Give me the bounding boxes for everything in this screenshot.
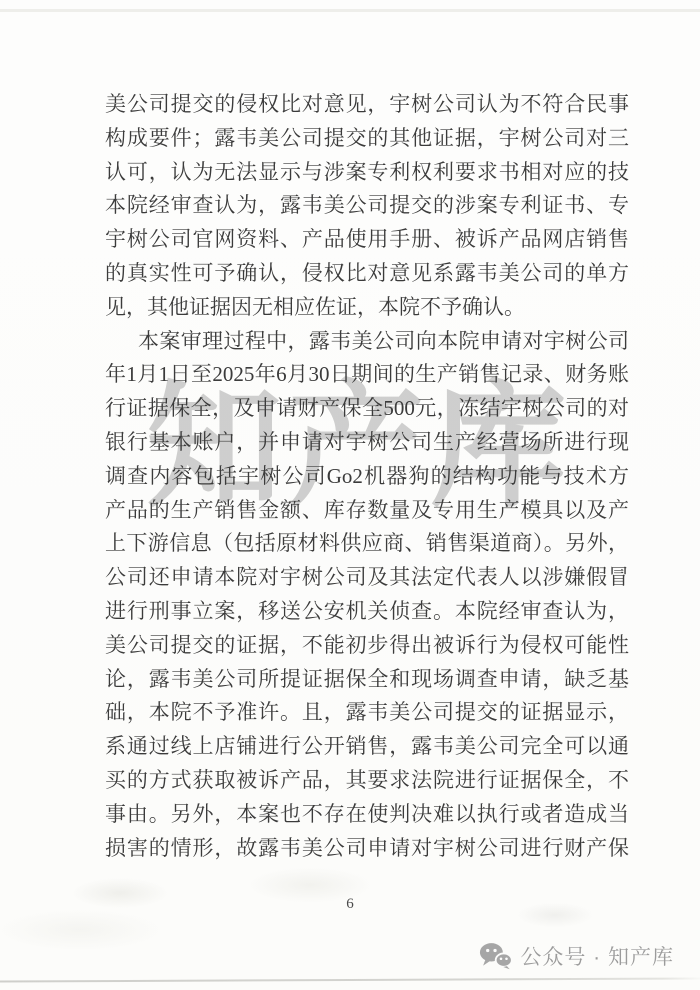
footer-brand: 公众号 · 知产库 [479,941,674,971]
text-line: 年1月1日至2025年6月30日期间的生产销售记录、财务账册等进 [105,358,629,392]
text-line: 事由。另外，本案也不存在使判决难以执行或者造成当事人其他 [105,798,629,832]
page-top-edge [0,9,700,12]
text-line: 础，本院不予准许。且，露韦美公司提交的证据显示，被诉产品 [105,696,629,730]
text-line: 构成要件；露韦美公司提交的其他证据，宇树公司对三性均不予 [105,122,629,156]
text-line: 认可，认为无法显示与涉案专利权利要求书相对应的技术特征。 [105,156,629,190]
text-line: 美公司提交的证据，不能初步得出被诉行为侵权可能性较大的结 [105,629,629,663]
text-line: 损害的情形，故露韦美公司申请对宇树公司进行财产保全，对本 [105,832,629,866]
page-bottom-edge [0,977,700,982]
scanned-court-document-page: 知产库 美公司提交的侵权比对意见，宇树公司认为不符合民事诉讼证据 构成要件；露韦… [0,0,700,990]
text-line: 论，露韦美公司所提证据保全和现场调查申请，缺乏基本事实基 [105,663,629,697]
text-line: 进行刑事立案，移送公安机关侦查。本院经审查认为，根据露韦 [105,595,629,629]
footer-label: 公众号 · 知产库 [520,941,674,971]
text-line: 行证据保全，及申请财产保全500元，冻结宇树公司的对公开户 [105,392,629,426]
text-line: 的真实性可予确认，侵权比对意见系露韦美公司的单方陈述意 [105,257,629,291]
document-body: 美公司提交的侵权比对意见，宇树公司认为不符合民事诉讼证据 构成要件；露韦美公司提… [105,88,629,865]
text-line: 本案审理过程中，露韦美公司向本院申请对宇树公司2022 [105,325,629,359]
text-line: 美公司提交的侵权比对意见，宇树公司认为不符合民事诉讼证据 [105,88,629,122]
text-line: 见，其他证据因无相应佐证，本院不予确认。 [105,291,629,325]
text-line: 产品的生产销售金额、库存数量及专用生产模具以及产品供应链 [105,494,629,528]
text-line: 宇树公司官网资料、产品使用手册、被诉产品网店销售页面截图 [105,223,629,257]
text-line: 本院经审查认为，露韦美公司提交的涉案专利证书、专利缴费、 [105,189,629,223]
text-line: 调查内容包括宇树公司Go2机器狗的结构功能与技术方案，被诉 [105,460,629,494]
text-line: 银行基本账户，并申请对宇树公司生产经营场所进行现场调查， [105,426,629,460]
text-line: 公司还申请本院对宇树公司及其法定代表人以涉嫌假冒专利罪 [105,561,629,595]
wechat-icon [479,942,512,970]
page-number: 6 [0,896,700,913]
text-line: 上下游信息（包括原材料供应商、销售渠道商）。另外，露韦美 [105,527,629,561]
text-line: 买的方式获取被诉产品，其要求法院进行证据保全，不符合法定 [105,764,629,798]
text-line: 系通过线上店铺进行公开销售，露韦美公司完全可以通过公证购 [105,730,629,764]
